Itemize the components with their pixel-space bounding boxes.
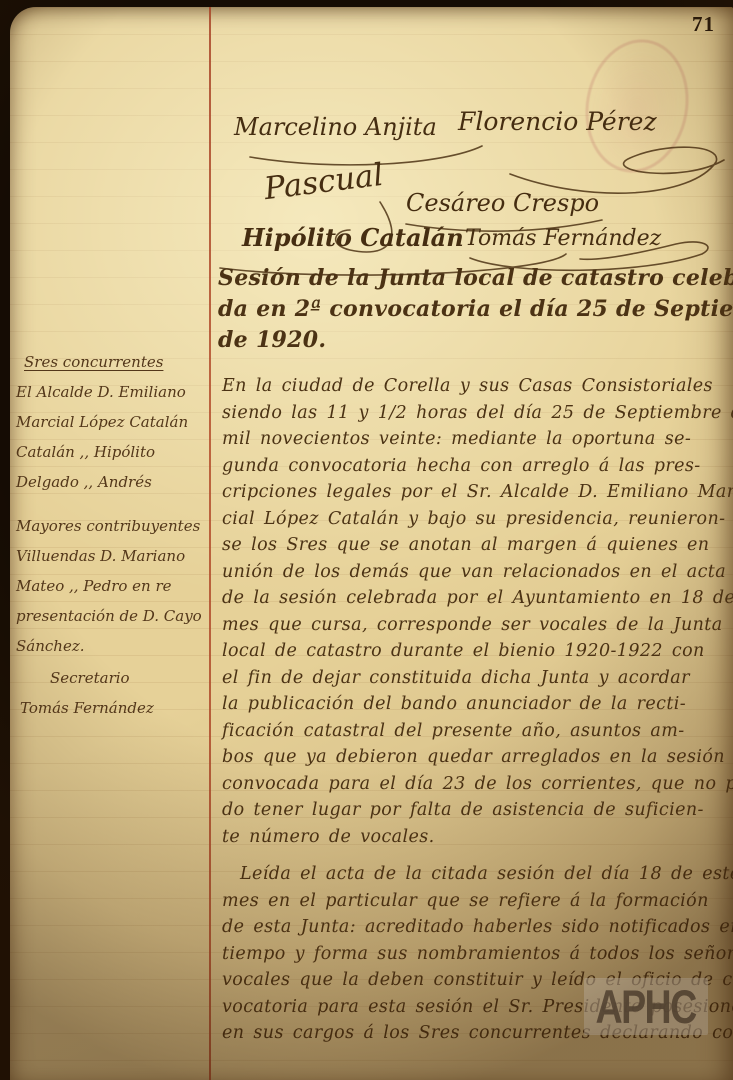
secretary-name: Tomás Fernández: [20, 693, 206, 723]
manuscript-line: de esta Junta: acreditado haberles sido …: [222, 914, 733, 941]
secretary-label: Secretario: [50, 663, 206, 693]
manuscript-line: local de catastro durante el bienio 1920…: [222, 638, 733, 665]
body-paragraph-1: En la ciudad de Corella y sus Casas Cons…: [222, 373, 733, 850]
manuscript-line: cial López Catalán y bajo su presidencia…: [222, 506, 733, 533]
manuscript-line: Marcial López Catalán: [16, 407, 206, 437]
page-number: 71: [692, 12, 715, 37]
manuscript-line: gunda convocatoria hecha con arreglo á l…: [222, 453, 733, 480]
manuscript-line: Villuendas D. Mariano: [16, 541, 206, 571]
manuscript-line: tiempo y forma sus nombramientos á todos…: [222, 941, 733, 968]
attendees-list: El Alcalde D. EmilianoMarcial López Cata…: [16, 377, 206, 497]
session-title: Sesión de la Junta local de catastro cel…: [218, 263, 733, 356]
signature-pascual: Pascual: [262, 157, 385, 207]
contributors-heading: Mayores contribuyentes: [16, 511, 206, 541]
aphc-watermark-text: APHC: [596, 983, 696, 1030]
signature-tomas: Tomás Fernández: [465, 226, 661, 251]
margin-notes: Sres concurrentes El Alcalde D. Emiliano…: [16, 347, 206, 723]
manuscript-line: mes en el particular que se refiere á la…: [222, 888, 733, 915]
manuscript-line: Leída el acta de la citada sesión del dí…: [222, 861, 733, 888]
manuscript-line: Mateo ,, Pedro en re: [16, 571, 206, 601]
signature-cesareo: Cesáreo Crespo: [406, 189, 599, 217]
manuscript-line: Sesión de la Junta local de catastro cel…: [218, 263, 733, 294]
signature-hipolito: Hipólito Catalán: [242, 223, 464, 252]
manuscript-line: da en 2ª convocatoria el día 25 de Septi…: [218, 294, 733, 325]
signature-florencio: Florencio Pérez: [458, 107, 657, 136]
manuscript-line: de 1920.: [218, 325, 733, 356]
manuscript-line: do tener lugar por falta de asistencia d…: [222, 797, 733, 824]
manuscript-line: unión de los demás que van relacionados …: [222, 559, 733, 586]
manuscript-line: Catalán ,, Hipólito: [16, 437, 206, 467]
photo-frame: 71 Marcelino Anjita Florencio Pérez Pasc…: [0, 0, 733, 1080]
manuscript-line: ficación catastral del presente año, asu…: [222, 718, 733, 745]
manuscript-line: mes que cursa, corresponde ser vocales d…: [222, 612, 733, 639]
manuscript-line: de la sesión celebrada por el Ayuntamien…: [222, 585, 733, 612]
aphc-watermark: APHC: [584, 978, 708, 1035]
manuscript-line: siendo las 11 y 1/2 horas del día 25 de …: [222, 400, 733, 427]
manuscript-line: se los Sres que se anotan al margen á qu…: [222, 532, 733, 559]
manuscript-page: 71 Marcelino Anjita Florencio Pérez Pasc…: [10, 7, 733, 1080]
manuscript-line: te número de vocales.: [222, 824, 733, 851]
attendees-heading: Sres concurrentes: [24, 347, 206, 377]
manuscript-line: convocada para el día 23 de los corrient…: [222, 771, 733, 798]
contributors-list: Villuendas D. MarianoMateo ,, Pedro en r…: [16, 541, 206, 661]
manuscript-line: presentación de D. Cayo: [16, 601, 206, 631]
manuscript-line: El Alcalde D. Emiliano: [16, 377, 206, 407]
manuscript-line: Delgado ,, Andrés: [16, 467, 206, 497]
manuscript-line: cripciones legales por el Sr. Alcalde D.…: [222, 479, 733, 506]
manuscript-line: el fin de dejar constituida dicha Junta …: [222, 665, 733, 692]
manuscript-line: En la ciudad de Corella y sus Casas Cons…: [222, 373, 733, 400]
manuscript-line: mil novecientos veinte: mediante la opor…: [222, 426, 733, 453]
circular-stamp: [575, 31, 699, 181]
signature-marcelino: Marcelino Anjita: [234, 113, 437, 141]
manuscript-line: la publicación del bando anunciador de l…: [222, 691, 733, 718]
manuscript-line: bos que ya debieron quedar arreglados en…: [222, 744, 733, 771]
red-margin-line: [209, 7, 211, 1080]
manuscript-line: Sánchez.: [16, 631, 206, 661]
body-text: En la ciudad de Corella y sus Casas Cons…: [222, 373, 733, 1047]
